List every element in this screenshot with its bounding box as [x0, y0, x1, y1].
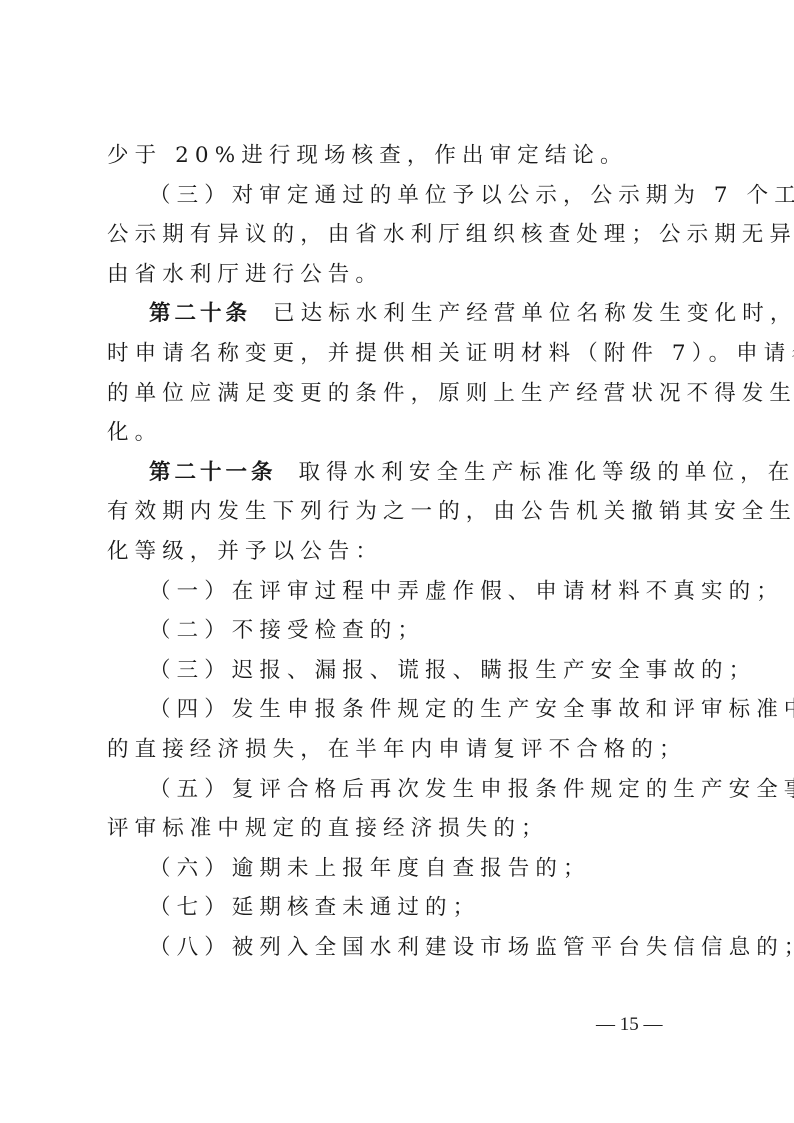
- list-item: （五）复评合格后再次发生申报条件规定的生产安全事故和: [107, 770, 691, 810]
- article-text: 取得水利安全生产标准化等级的单位，在公告: [299, 460, 794, 485]
- list-item: （八）被列入全国水利建设市场监管平台失信信息的；: [107, 928, 691, 968]
- text-line: （三）对审定通过的单位予以公示，公示期为 7 个工作日。: [107, 176, 691, 216]
- article-20-line: 第二十条已达标水利生产经营单位名称发生变化时，应及: [107, 294, 691, 334]
- page-number: — 15 —: [596, 1014, 706, 1036]
- text-line: 由省水利厅进行公告。: [107, 255, 691, 295]
- list-item: （四）发生申报条件规定的生产安全事故和评审标准中规定: [107, 690, 691, 730]
- list-item: （六）逾期未上报年度自查报告的；: [107, 849, 691, 889]
- text-line: 少于 20%进行现场核查，作出审定结论。: [107, 136, 691, 176]
- document-body: 少于 20%进行现场核查，作出审定结论。 （三）对审定通过的单位予以公示，公示期…: [107, 136, 691, 967]
- text-line: 时申请名称变更，并提供相关证明材料（附件 7）。申请名称变更: [107, 334, 691, 374]
- list-item: （七）延期核查未通过的；: [107, 888, 691, 928]
- text-line: 的直接经济损失，在半年内申请复评不合格的；: [107, 730, 691, 770]
- article-heading: 第二十条: [149, 301, 251, 326]
- text-line: 化等级，并予以公告：: [107, 532, 691, 572]
- text-line: 化。: [107, 413, 691, 453]
- article-heading: 第二十一条: [149, 460, 277, 485]
- list-item: （三）迟报、漏报、谎报、瞒报生产安全事故的；: [107, 651, 691, 691]
- article-21-line: 第二十一条取得水利安全生产标准化等级的单位，在公告: [107, 453, 691, 493]
- text-line: 有效期内发生下列行为之一的，由公告机关撤销其安全生产标准: [107, 492, 691, 532]
- text-line: 的单位应满足变更的条件，原则上生产经营状况不得发生重大变: [107, 374, 691, 414]
- list-item: （二）不接受检查的；: [107, 611, 691, 651]
- article-text: 已达标水利生产经营单位名称发生变化时，应及: [273, 301, 794, 326]
- text-line: 公示期有异议的，由省水利厅组织核查处理；公示期无异议的，: [107, 215, 691, 255]
- list-item: （一）在评审过程中弄虚作假、申请材料不真实的；: [107, 572, 691, 612]
- text-line: 评审标准中规定的直接经济损失的；: [107, 809, 691, 849]
